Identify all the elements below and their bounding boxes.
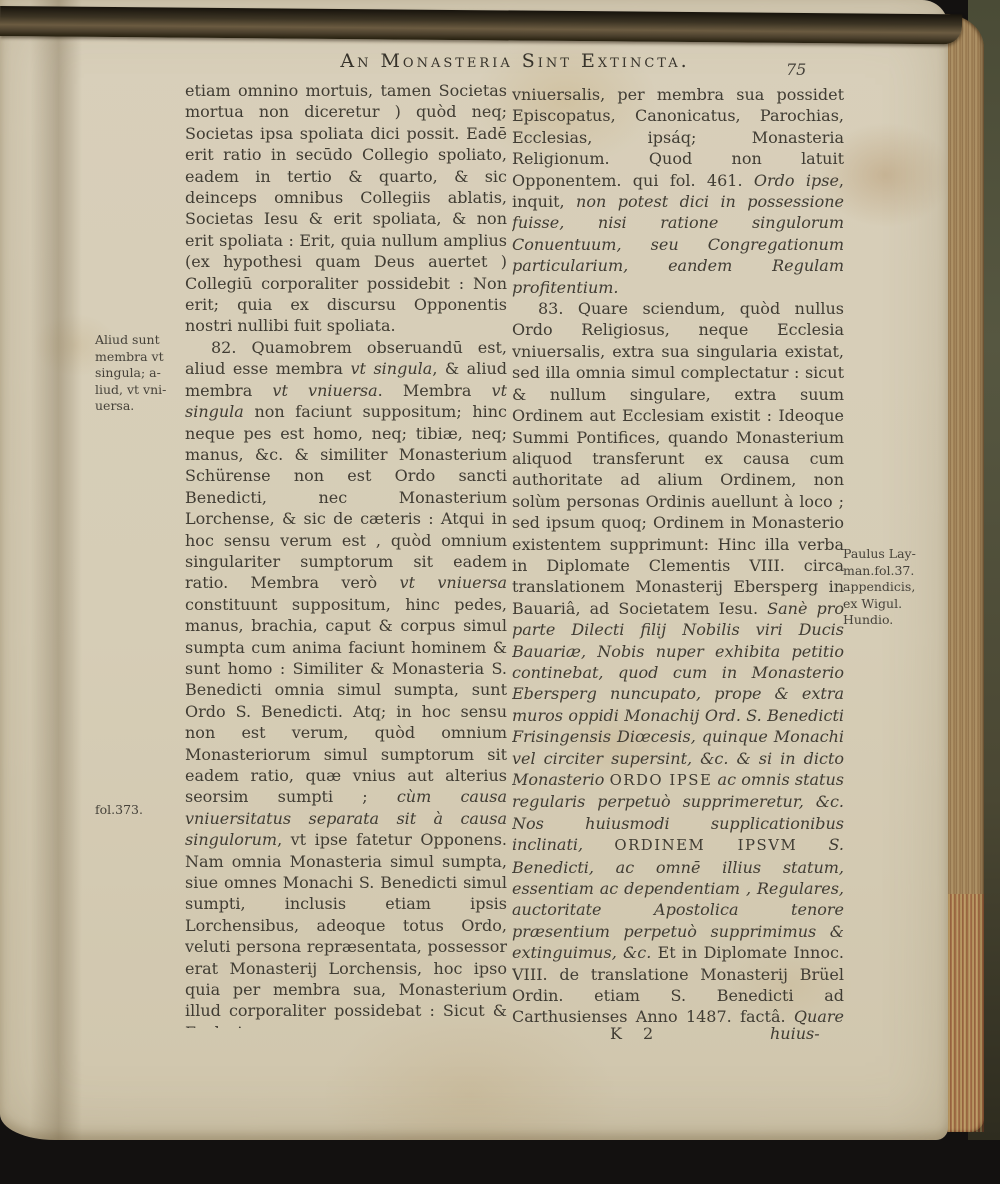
margin-note-line: man.fol.37. <box>843 563 947 580</box>
text-run: 83. Quare sciendum, quòd nullus Ordo Rel… <box>512 299 844 618</box>
paragraph-82: 82. Quamobrem obseruandū est, aliud esse… <box>185 337 507 1028</box>
text-run-italic: Ordo ipse <box>754 171 839 190</box>
margin-note-right: Paulus Lay- man.fol.37. appendicis, ex W… <box>843 546 947 629</box>
left-text-column: etiam omnino mortuis, tamen Societas mor… <box>185 80 507 1028</box>
margin-note-line: singula; a- <box>95 365 183 382</box>
margin-note-line: appendicis, <box>843 579 947 596</box>
margin-note-line: membra vt <box>95 349 183 366</box>
text-run-caps: ORDO IPSE <box>610 771 713 789</box>
signature-mark: K 2 <box>610 1024 661 1043</box>
page-number: 75 <box>786 60 806 79</box>
margin-note-line: Hundio. <box>843 612 947 629</box>
paragraph-continuation: etiam omnino mortuis, tamen Societas mor… <box>185 80 507 337</box>
text-run: non faciunt suppositum; hinc neque pes e… <box>185 402 507 592</box>
paragraph-continuation: vniuersalis, per membra sua possidet Epi… <box>512 84 844 298</box>
running-header: An Monasteria Sint Extincta. <box>185 50 845 72</box>
text-run: etiam omnino mortuis, tamen Societas mor… <box>185 81 507 335</box>
text-run: . Membra <box>378 381 492 400</box>
right-text-column: vniuersalis, per membra sua possidet Epi… <box>512 84 844 1032</box>
text-run-italic: vt vniuersa <box>400 573 507 592</box>
book-scan: An Monasteria Sint Extincta. 75 Aliud su… <box>0 0 1000 1184</box>
text-run: , vt ipse fatetur Opponens. Nam omnia Mo… <box>185 830 507 1028</box>
book-page: An Monasteria Sint Extincta. 75 Aliud su… <box>0 0 948 1140</box>
text-run-italic: Sanè pro parte Dilecti filij Nobilis vir… <box>512 599 844 789</box>
margin-note-line: fol.373. <box>95 802 183 819</box>
margin-note-line: Aliud sunt <box>95 332 183 349</box>
paragraph-83: 83. Quare sciendum, quòd nullus Ordo Rel… <box>512 298 844 1032</box>
margin-note-left: Aliud sunt membra vt singula; a- liud, v… <box>95 332 183 415</box>
margin-note-line: ex Wigul. <box>843 596 947 613</box>
text-run-italic: vt singula <box>350 359 432 378</box>
gutter-shadow <box>30 0 82 1140</box>
catchword: huius- <box>770 1024 820 1043</box>
margin-note-folio: fol.373. <box>95 802 183 819</box>
margin-note-line: uersa. <box>95 398 183 415</box>
margin-note-line: Paulus Lay- <box>843 546 947 563</box>
text-run: constituunt suppositum, hinc pedes, manu… <box>185 595 507 807</box>
text-run-italic: vt vniuersa <box>272 381 377 400</box>
margin-note-line: liud, vt vni- <box>95 382 183 399</box>
text-run-caps: ORDINEM IPSVM <box>614 836 797 854</box>
